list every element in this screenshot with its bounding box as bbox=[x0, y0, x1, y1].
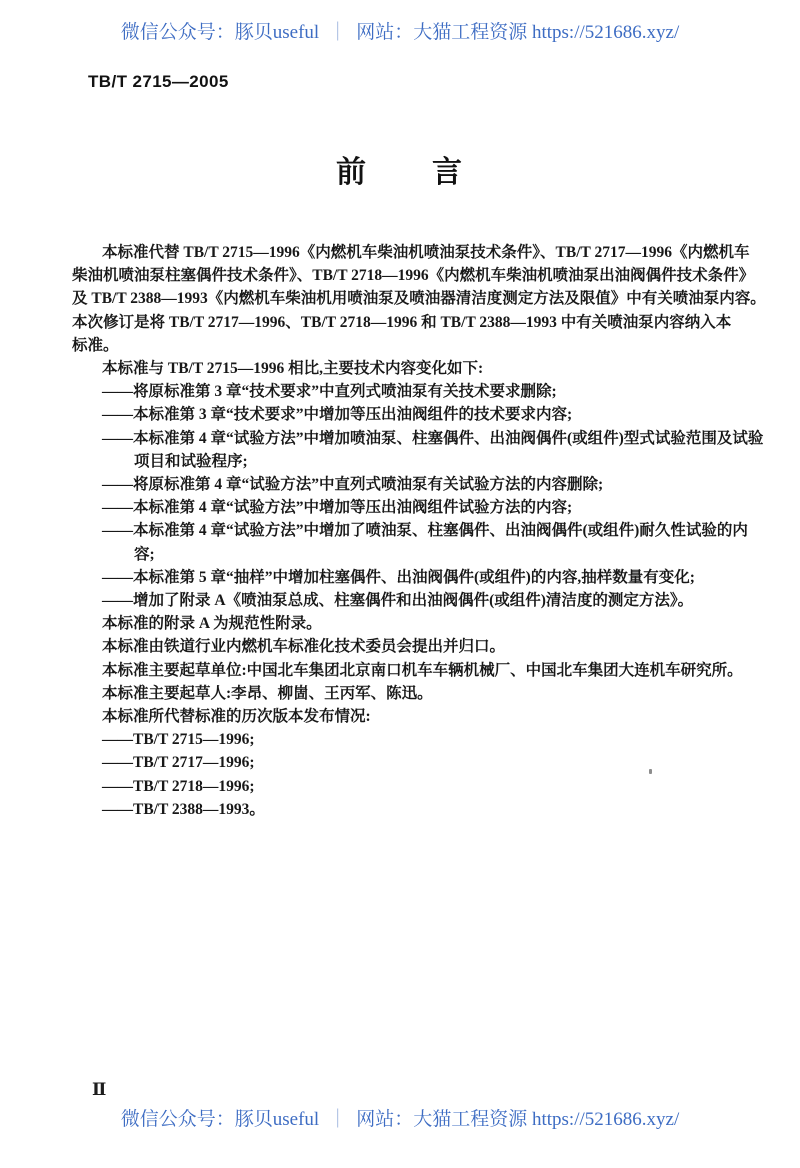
watermark-separator: ｜ bbox=[319, 22, 356, 43]
body-line: ——TB/T 2718—1996; bbox=[72, 775, 740, 798]
body-line: 本标准与 TB/T 2715—1996 相比,主要技术内容变化如下: bbox=[72, 357, 740, 380]
watermark-site-label: 网站：大猫工程资源 https://521686.xyz/ bbox=[356, 1109, 679, 1130]
watermark-wechat-label: 微信公众号：豚贝useful bbox=[121, 1109, 319, 1130]
body-line: 项目和试验程序; bbox=[72, 450, 740, 473]
watermark-bottom: 微信公众号：豚贝useful｜网站：大猫工程资源 https://521686.… bbox=[0, 1108, 800, 1132]
body-line: 本标准所代替标准的历次版本发布情况: bbox=[72, 705, 740, 728]
watermark-site-label: 网站：大猫工程资源 https://521686.xyz/ bbox=[356, 22, 679, 43]
body-line: 标准。 bbox=[72, 334, 740, 357]
body-line: 本次修订是将 TB/T 2717—1996、TB/T 2718—1996 和 T… bbox=[72, 311, 740, 334]
foreword-body: 本标准代替 TB/T 2715—1996《内燃机车柴油机喷油泵技术条件》、TB/… bbox=[72, 241, 740, 821]
body-line: ——本标准第 4 章“试验方法”中增加了喷油泵、柱塞偶件、出油阀偶件(或组件)耐… bbox=[72, 519, 740, 542]
body-line: 本标准代替 TB/T 2715—1996《内燃机车柴油机喷油泵技术条件》、TB/… bbox=[72, 241, 740, 264]
body-line: 柴油机喷油泵柱塞偶件技术条件》、TB/T 2718—1996《内燃机车柴油机喷油… bbox=[72, 264, 740, 287]
body-line: ——将原标准第 4 章“试验方法”中直列式喷油泵有关试验方法的内容删除; bbox=[72, 473, 740, 496]
watermark-top: 微信公众号：豚贝useful｜网站：大猫工程资源 https://521686.… bbox=[0, 21, 800, 45]
body-line: 本标准的附录 A 为规范性附录。 bbox=[72, 612, 740, 635]
body-line: 本标准主要起草单位:中国北车集团北京南口机车车辆机械厂、中国北车集团大连机车研究… bbox=[72, 659, 740, 682]
body-line: 本标准由铁道行业内燃机车标准化技术委员会提出并归口。 bbox=[72, 635, 740, 658]
body-line: ——本标准第 4 章“试验方法”中增加喷油泵、柱塞偶件、出油阀偶件(或组件)型式… bbox=[72, 427, 740, 450]
body-line: ——将原标准第 3 章“技术要求”中直列式喷油泵有关技术要求删除; bbox=[72, 380, 740, 403]
scan-artifact bbox=[649, 769, 652, 774]
body-line: ——TB/T 2388—1993。 bbox=[72, 798, 740, 821]
standard-number: TB/T 2715—2005 bbox=[88, 72, 229, 92]
body-line: ——本标准第 3 章“技术要求”中增加等压出油阀组件的技术要求内容; bbox=[72, 403, 740, 426]
body-line: ——本标准第 4 章“试验方法”中增加等压出油阀组件试验方法的内容; bbox=[72, 496, 740, 519]
watermark-wechat-label: 微信公众号：豚贝useful bbox=[121, 22, 319, 43]
document-page: 微信公众号：豚贝useful｜网站：大猫工程资源 https://521686.… bbox=[0, 0, 800, 1168]
body-line: ——增加了附录 A《喷油泵总成、柱塞偶件和出油阀偶件(或组件)清洁度的测定方法》… bbox=[72, 589, 740, 612]
body-line: 及 TB/T 2388—1993《内燃机车柴油机用喷油泵及喷油器清洁度测定方法及… bbox=[72, 287, 740, 310]
body-line: ——TB/T 2717—1996; bbox=[72, 751, 740, 774]
body-line: ——本标准第 5 章“抽样”中增加柱塞偶件、出油阀偶件(或组件)的内容,抽样数量… bbox=[72, 566, 740, 589]
page-number: Ⅱ bbox=[92, 1080, 106, 1100]
page-title: 前 言 bbox=[0, 147, 800, 191]
body-line: ——TB/T 2715—1996; bbox=[72, 728, 740, 751]
watermark-separator: ｜ bbox=[319, 1109, 356, 1130]
body-line: 本标准主要起草人:李昂、柳崮、王丙军、陈迅。 bbox=[72, 682, 740, 705]
body-line: 容; bbox=[72, 543, 740, 566]
